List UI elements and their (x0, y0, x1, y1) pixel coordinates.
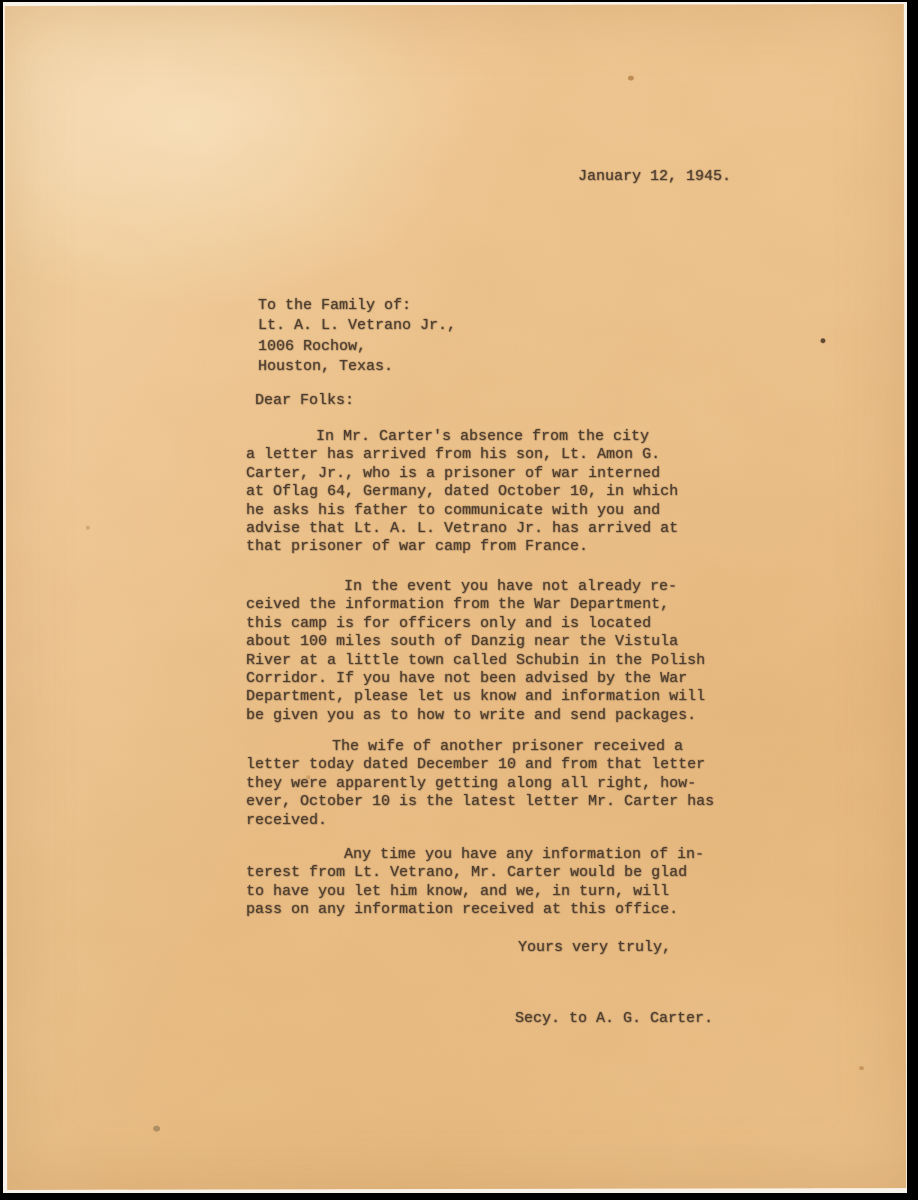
letter-paragraph: In Mr. Carter's absence from the city a … (246, 428, 726, 557)
letter-paragraph: The wife of another prisoner received a … (246, 738, 726, 830)
salutation: Dear Folks: (255, 392, 354, 410)
letter-paragraph: In the event you have not already re- ce… (246, 578, 726, 725)
signature-line: Secy. to A. G. Carter. (515, 1010, 713, 1028)
scan-background: January 12, 1945. To the Family of: Lt. … (0, 0, 918, 1200)
letter-paragraph: Any time you have any information of in-… (246, 846, 726, 920)
letter-date: January 12, 1945. (578, 168, 731, 186)
recipient-address: To the Family of: Lt. A. L. Vetrano Jr.,… (258, 296, 456, 377)
complimentary-closing: Yours very truly, (518, 939, 671, 957)
letter-content: January 12, 1945. To the Family of: Lt. … (0, 0, 918, 1200)
